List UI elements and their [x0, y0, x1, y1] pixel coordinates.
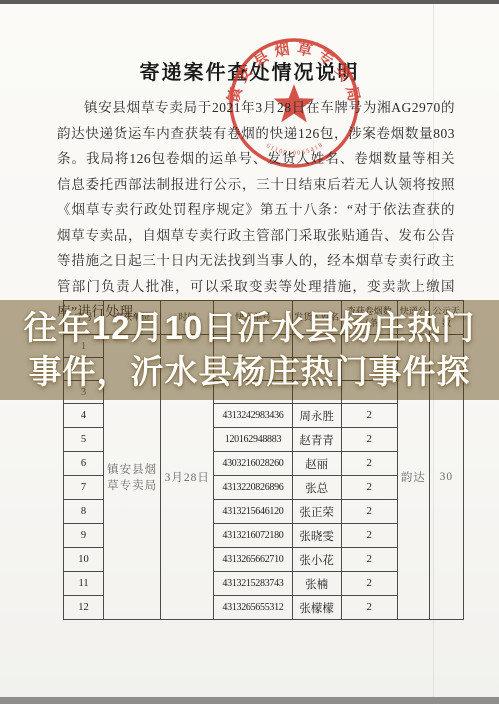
caption-overlay: 往年12月10日沂水县杨庄热门 事件，沂水县杨庄热门事件探: [0, 300, 499, 400]
caption-line-1: 往年12月10日沂水县杨庄热门: [24, 307, 475, 349]
body-paragraph: 镇安县烟草专卖局于2021年3月28日在车牌号为湘AG2970的韵达快递货运车内…: [57, 95, 455, 325]
photo-edge-bottom: [0, 697, 499, 704]
caption-line-2: 事件，沂水县杨庄热门事件探: [29, 351, 471, 393]
